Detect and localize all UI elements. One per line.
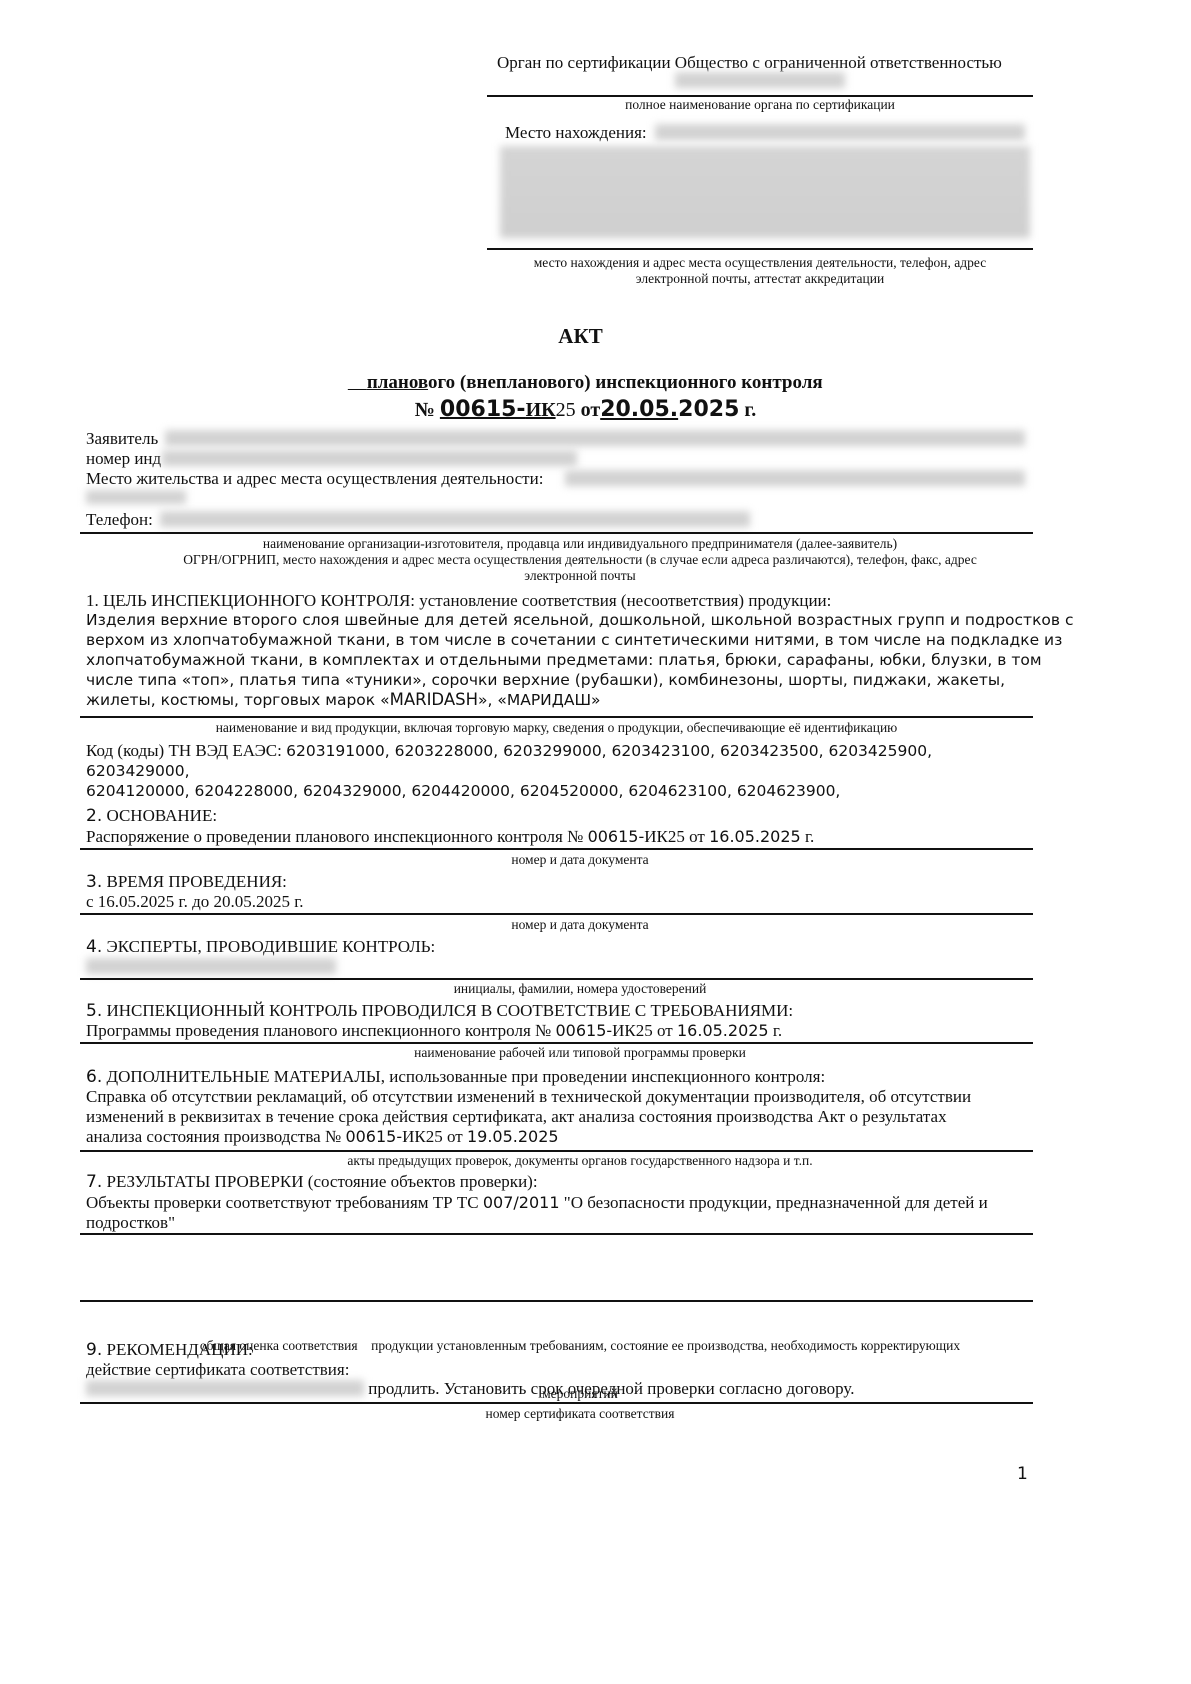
section-number: 9. (86, 1340, 102, 1360)
redacted-location-line (655, 124, 1025, 140)
applicant-caption: наименование организации-изготовителя, п… (80, 536, 1080, 584)
section4-heading: 4. ЭКСПЕРТЫ, ПРОВОДИВШИЕ КОНТРОЛЬ: (86, 936, 435, 958)
text-mid: от (443, 1127, 467, 1146)
org-line: Орган по сертификации Общество с огранич… (497, 52, 1002, 73)
results-text-suffix: "О безопасности продукции, предназначенн… (560, 1193, 988, 1212)
divider (80, 978, 1033, 980)
date-prefix: от (576, 399, 601, 421)
section3-caption: номер и дата документа (80, 917, 1080, 933)
redacted-location-block (500, 146, 1030, 238)
section2-text: Распоряжение о проведении планового инсп… (86, 826, 814, 847)
doc-date: 19.05.2025 (467, 1127, 559, 1146)
divider (80, 532, 1033, 534)
section-title: ЭКСПЕРТЫ, ПРОВОДИВШИЕ КОНТРОЛЬ: (102, 937, 435, 956)
hs-codes-label: Код (коды) ТН ВЭД ЕАЭС: (86, 741, 286, 760)
section-title: ВРЕМЯ ПРОВЕДЕНИЯ: (102, 872, 287, 891)
caption-line: наименование организации-изготовителя, п… (80, 536, 1080, 552)
applicant-id-label: номер инд (86, 448, 161, 469)
section6-line1: Справка об отсутствии рекламаций, об отс… (86, 1086, 971, 1107)
section-number: 3. (86, 872, 102, 892)
doc-number: 00615- (345, 1127, 402, 1146)
section6-line3: анализа состояния производства № 00615-И… (86, 1126, 559, 1147)
doc-number: 00615- (588, 827, 645, 846)
section7-line1: Объекты проверки соответствуют требовани… (86, 1192, 988, 1213)
text-suffix: г. (801, 827, 815, 846)
divider (80, 1042, 1033, 1044)
divider (80, 716, 1033, 718)
section2-heading: 2. ОСНОВАНИЕ: (86, 805, 217, 827)
section5-heading: 5. ИНСПЕКЦИОННЫЙ КОНТРОЛЬ ПРОВОДИЛСЯ В С… (86, 1000, 793, 1022)
section1-product-text: Изделия верхние второго слоя швейные для… (86, 610, 1074, 710)
product-line: жилеты, костюмы, торговых марок «MARIDAS… (86, 690, 1074, 710)
section6-line2: изменений в реквизитах в течение срока д… (86, 1106, 947, 1127)
section9-line2: продлить. Установить срок очередной пров… (364, 1378, 854, 1399)
product-caption: наименование и вид продукции, включая то… (80, 720, 1033, 736)
section7-line2: подростков" (86, 1212, 175, 1233)
section-title: РЕЗУЛЬТАТЫ ПРОВЕРКИ (состояние объектов … (102, 1172, 537, 1191)
doc-date: 16.05.2025 (677, 1021, 769, 1040)
doc-number-suffix: ИК25 (612, 1021, 653, 1040)
doc-number: 00615- (555, 1021, 612, 1040)
date-suffix: г. (739, 399, 756, 421)
act-number-suffix: ИК (526, 399, 556, 421)
section9-heading: 9. РЕКОМЕНДАЦИИ: (86, 1339, 253, 1361)
doc-date: 16.05.2025 (709, 827, 801, 846)
section3-text: с 16.05.2025 г. до 20.05.2025 г. (86, 891, 304, 912)
section-number: 4. (86, 937, 102, 957)
divider (80, 1233, 1033, 1235)
caption-line: место нахождения и адрес места осуществл… (487, 255, 1033, 271)
redacted-applicant-name (165, 430, 1025, 446)
location-caption: место нахождения и адрес места осуществл… (487, 255, 1033, 287)
hs-codes-values: 6203429000, (86, 761, 932, 781)
divider (487, 248, 1033, 250)
brand-latin: MARIDASH (390, 690, 478, 709)
page-number: 1 (1017, 1464, 1028, 1484)
product-line: числе типа «топ», платья типа «туники», … (86, 670, 1074, 690)
section7-heading: 7. РЕЗУЛЬТАТЫ ПРОВЕРКИ (состояние объект… (86, 1171, 538, 1193)
redacted-org-name (675, 72, 845, 88)
brands-prefix: жилеты, костюмы, торговых марок « (86, 691, 390, 709)
number-sign: № (415, 399, 440, 421)
applicant-address-label: Место жительства и адрес места осуществл… (86, 468, 543, 489)
act-date: 20.05. (600, 397, 678, 422)
redacted-applicant-address-2 (86, 490, 186, 504)
act-number-line: № 00615-ИК25 от20.05.2025 г. (0, 374, 1161, 422)
section9-caption: номер сертификата соответствия (80, 1406, 1080, 1422)
section1-heading: 1. ЦЕЛЬ ИНСПЕКЦИОННОГО КОНТРОЛЯ: установ… (86, 590, 831, 611)
act-number-tail: 25 (556, 399, 576, 421)
section-title: ОСНОВАНИЕ: (102, 806, 217, 825)
divider (80, 1150, 1033, 1152)
redacted-applicant-address (565, 470, 1025, 486)
text-mid: от (685, 827, 709, 846)
divider (80, 913, 1033, 915)
redacted-applicant-phone (160, 511, 750, 527)
act-date-year: 2025 (678, 397, 739, 422)
redacted-experts (86, 958, 336, 974)
hs-codes-values: 6203191000, 6203228000, 6203299000, 6203… (286, 742, 932, 760)
act-number: 00615-ИК (440, 399, 556, 421)
section9-line1: действие сертификата соответствия: (86, 1359, 349, 1380)
section5-text: Программы проведения планового инспекцио… (86, 1020, 782, 1041)
basis-text: Распоряжение о проведении планового инсп… (86, 827, 588, 846)
section5-caption: наименование рабочей или типовой програм… (80, 1045, 1080, 1061)
caption-line: электронной почты, аттестат аккредитации (487, 271, 1033, 287)
act-title: АКТ (0, 324, 1161, 349)
section-number: 5. (86, 1001, 102, 1021)
brand-cyrillic: », «МАРИДАШ» (478, 691, 601, 709)
doc-number-suffix: ИК25 (402, 1127, 443, 1146)
caption-line: ОГРН/ОГРНИП, место нахождения и адрес ме… (80, 552, 1080, 568)
act-number-digits: 00615- (440, 397, 526, 422)
org-name-caption: полное наименование органа по сертификац… (487, 97, 1033, 113)
section3-heading: 3. ВРЕМЯ ПРОВЕДЕНИЯ: (86, 871, 287, 893)
section4-caption: инициалы, фамилии, номера удостоверений (80, 981, 1080, 997)
hs-codes-line: Код (коды) ТН ВЭД ЕАЭС: 6203191000, 6203… (86, 741, 932, 761)
redacted-certificate-number (86, 1380, 364, 1396)
materials-text: анализа состояния производства № (86, 1127, 345, 1146)
section-title: ИНСПЕКЦИОННЫЙ КОНТРОЛЬ ПРОВОДИЛСЯ В СООТ… (102, 1001, 793, 1020)
section6-caption: акты предыдущих проверок, документы орга… (80, 1153, 1080, 1169)
hs-codes: Код (коды) ТН ВЭД ЕАЭС: 6203191000, 6203… (86, 741, 932, 801)
text-mid: от (653, 1021, 677, 1040)
product-line: хлопчатобумажной ткани, в комплектах и о… (86, 650, 1074, 670)
product-line: Изделия верхние второго слоя швейные для… (86, 610, 1074, 630)
regulation-number: 007/2011 (483, 1193, 560, 1212)
section6-heading: 6. ДОПОЛНИТЕЛЬНЫЕ МАТЕРИАЛЫ, использован… (86, 1066, 825, 1088)
results-text: Объекты проверки соответствуют требовани… (86, 1193, 483, 1212)
applicant-phone-label: Телефон: (86, 509, 153, 530)
section-number: 6. (86, 1067, 102, 1087)
section-title: ДОПОЛНИТЕЛЬНЫЕ МАТЕРИАЛЫ, использованные… (102, 1067, 825, 1086)
location-label: Место нахождения: (505, 122, 647, 143)
section-title: РЕКОМЕНДАЦИИ: (102, 1340, 253, 1359)
section2-caption: номер и дата документа (80, 852, 1080, 868)
divider (80, 1300, 1033, 1302)
text-suffix: г. (769, 1021, 783, 1040)
divider (80, 848, 1033, 850)
hs-codes-values: 6204120000, 6204228000, 6204329000, 6204… (86, 781, 932, 801)
program-text: Программы проведения планового инспекцио… (86, 1021, 555, 1040)
product-line: верхом из хлопчатобумажной ткани, в том … (86, 630, 1074, 650)
caption-line: электронной почты (80, 568, 1080, 584)
redacted-applicant-id (162, 450, 577, 466)
divider (80, 1402, 1033, 1404)
section-number: 7. (86, 1172, 102, 1192)
doc-number-suffix: ИК25 (644, 827, 685, 846)
applicant-label: Заявитель (86, 428, 158, 449)
section-number: 2. (86, 806, 102, 826)
